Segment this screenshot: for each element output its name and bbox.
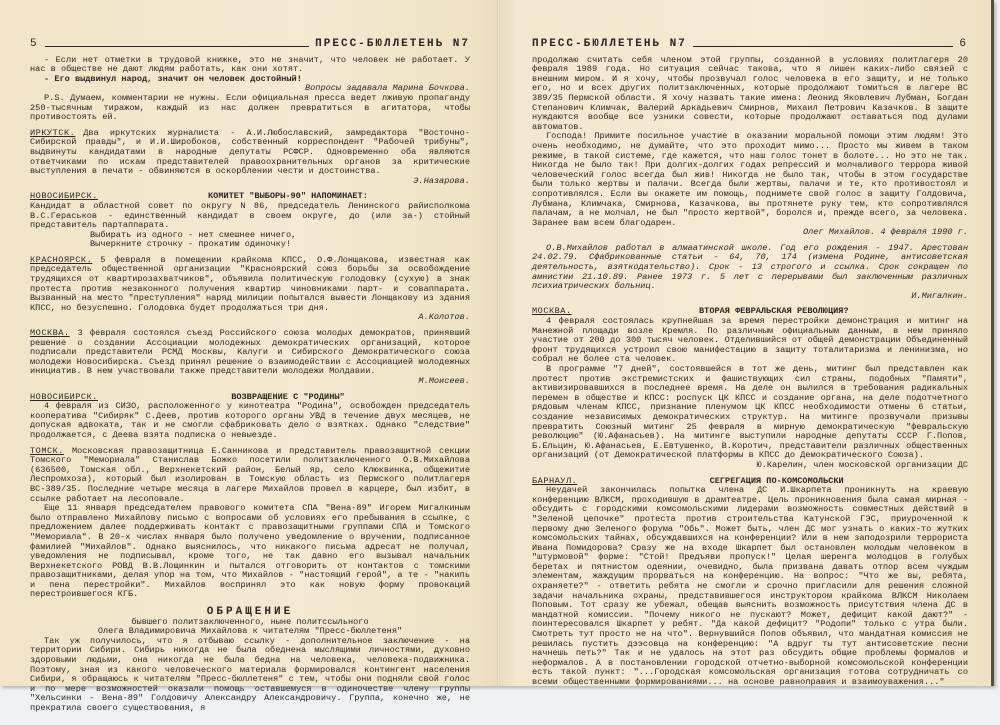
article-barnaul: БАРНАУЛ. СЕГРЕГАЦИЯ ПО-КОМСОМОЛЬСКИ Неуд…	[532, 477, 968, 688]
header-rule	[693, 45, 954, 47]
running-title: ПРЕСС-БЮЛЛЕТЕНЬ N7	[532, 40, 687, 50]
appeal-text: Так уж получилось, что я отбываю ссылку …	[30, 637, 470, 714]
article-tomsk: ТОМСК.Московская правозащитница Е.Санник…	[30, 447, 470, 601]
dateline-city: КРАСНОЯРСК.	[30, 255, 92, 265]
newsletter-spread: 5 ПРЕСС-БЮЛЛЕТЕНЬ N7 - Если нет отметки …	[0, 0, 994, 686]
article-novosibirsk-elections: НОВОСИБИРСК. КОМИТЕТ "ВЫБОРЫ-90" НАПОМИН…	[30, 192, 470, 250]
article-text: 4 февраля из СИЗО, расположенного у кино…	[30, 402, 470, 440]
page-number: 6	[959, 40, 968, 50]
article-text: Неудачей закончилась попытка члена ДС И.…	[532, 486, 968, 687]
appeal-text: продолжаю считать себя членом этой групп…	[532, 56, 968, 133]
dateline-city: МОСКВА.	[30, 328, 70, 338]
article-novosibirsk-rodina: НОВОСИБИРСК. ВОЗВРАЩЕНИЕ С "РОДИНЫ" 4 фе…	[30, 393, 470, 441]
left-running-header: 5 ПРЕСС-БЮЛЛЕТЕНЬ N7	[30, 40, 470, 50]
article-moscow-youth: МОСКВА.3 февраля состоялся съезд Российс…	[30, 329, 470, 387]
article-text: Московская правозащитница Е.Санникова и …	[30, 446, 470, 504]
page-number: 5	[30, 40, 39, 50]
signature: И.Мигалкин.	[532, 292, 968, 302]
appeal-text: Господа! Примите посильное участие в ока…	[532, 132, 968, 228]
article-text: Два иркутских журналиста - А.И.Любославс…	[30, 128, 470, 176]
signature: Ю.Карелин, член московской организации Д…	[532, 461, 968, 471]
page-fold	[497, 0, 500, 686]
appeal: ОБРАЩЕНИЕ бывшего политзаключенного, нын…	[30, 608, 470, 714]
article-text: Кандидат в областной совет по округу N 8…	[30, 202, 470, 231]
article-irkutsk: ИРКУТСК.Два иркутских журналиста - А.И.Л…	[30, 129, 470, 187]
article-text: В программе "7 дней", состоявшейся в тот…	[532, 365, 968, 461]
article-moscow-february: МОСКВА. ВТОРАЯ ФЕВРАЛЬСКАЯ РЕВОЛЮЦИЯ? 4 …	[532, 307, 968, 470]
right-running-header: ПРЕСС-БЮЛЛЕТЕНЬ N7 6	[532, 40, 968, 50]
dateline-city: ТОМСК.	[30, 446, 64, 456]
poem-line: Вычеркните строчку - прокатим одиночку!	[30, 240, 470, 250]
article-text: 5 февраля в помещении крайкома КПСС, О.Ф…	[30, 255, 470, 313]
postscript: P.S. Думаем, комментарии не нужны. Если …	[30, 94, 470, 123]
running-title: ПРЕСС-БЮЛЛЕТЕНЬ N7	[315, 40, 470, 50]
interview-line: - Если нет отметки в трудовой книжке, эт…	[30, 56, 470, 75]
article-text: 3 февраля состоялся съезд Российского со…	[30, 328, 470, 376]
header-rule	[45, 45, 310, 47]
biography-text: О.В.Михайлов работал в алмаатинской школ…	[532, 244, 968, 292]
dateline-city: ИРКУТСК.	[30, 128, 75, 138]
article-krasnoyarsk: КРАСНОЯРСК.5 февраля в помещении крайком…	[30, 256, 470, 323]
article-text: 4 февраля состоялась крупнейшая за время…	[532, 317, 968, 365]
left-page: 5 ПРЕСС-БЮЛЛЕТЕНЬ N7 - Если нет отметки …	[30, 40, 470, 714]
paper-edge	[991, 0, 994, 686]
right-page: ПРЕСС-БЮЛЛЕТЕНЬ N7 6 продолжаю считать с…	[532, 40, 968, 688]
signature: Олег Михайлов. 4 февраля 1990 г.	[532, 228, 968, 238]
signature: Э.Назарова.	[30, 177, 470, 187]
biography-note: О.В.Михайлов работал в алмаатинской школ…	[532, 244, 968, 302]
signature: М.Моисеев.	[30, 377, 470, 387]
signature: А.Колотов.	[30, 313, 470, 323]
article-text: Еще 11 января председателем правового ко…	[30, 504, 470, 600]
